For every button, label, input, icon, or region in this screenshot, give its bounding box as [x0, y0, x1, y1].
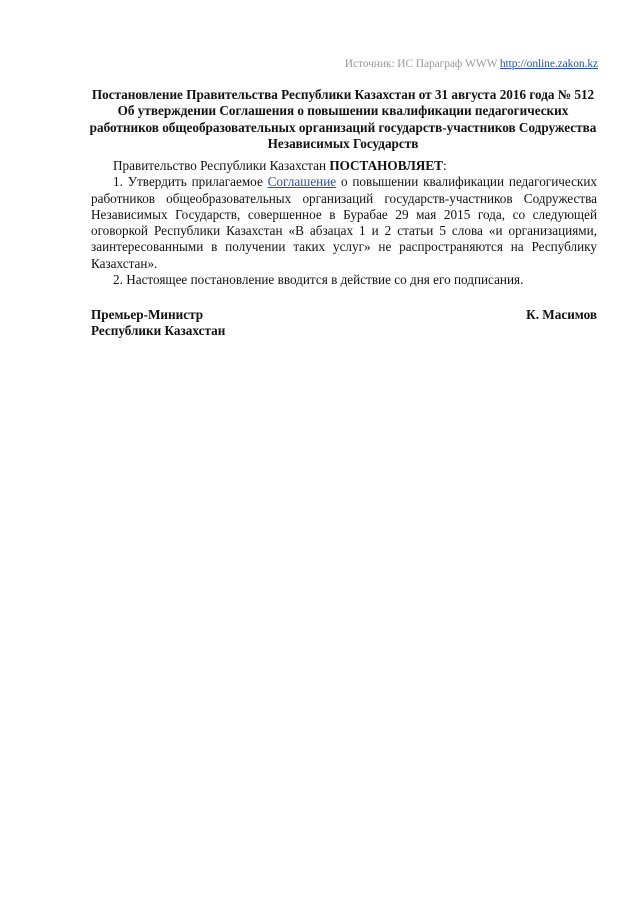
position-line-2: Республики Казахстан — [91, 323, 225, 339]
intro-text: Правительство Республики Казахстан — [113, 158, 329, 173]
signatory-position: Премьер-Министр Республики Казахстан — [91, 307, 225, 340]
title-line-1: Постановление Правительства Республики К… — [88, 87, 598, 103]
intro-end: : — [443, 158, 447, 173]
paragraph-intro: Правительство Республики Казахстан ПОСТА… — [91, 158, 597, 174]
position-line-1: Премьер-Министр — [91, 307, 225, 323]
signature-block: Премьер-Министр Республики Казахстан К. … — [91, 307, 597, 340]
intro-bold: ПОСТАНОВЛЯЕТ — [329, 158, 443, 173]
source-label: Источник: ИС Параграф WWW — [345, 58, 497, 70]
document-body: Правительство Республики Казахстан ПОСТА… — [91, 158, 597, 288]
paragraph-2: 2. Настоящее постановление вводится в де… — [91, 272, 597, 288]
source-header: Источник: ИС Параграф WWW http://online.… — [345, 58, 598, 70]
paragraph-1: 1. Утвердить прилагаемое Соглашение о по… — [91, 174, 597, 272]
source-link[interactable]: http://online.zakon.kz — [500, 58, 598, 70]
title-line-2: Об утверждении Соглашения о повышении кв… — [88, 103, 598, 152]
p1-start: 1. Утвердить прилагаемое — [113, 174, 268, 189]
document-title: Постановление Правительства Республики К… — [88, 87, 598, 153]
signatory-name: К. Масимов — [526, 307, 597, 323]
agreement-link[interactable]: Соглашение — [268, 174, 337, 189]
